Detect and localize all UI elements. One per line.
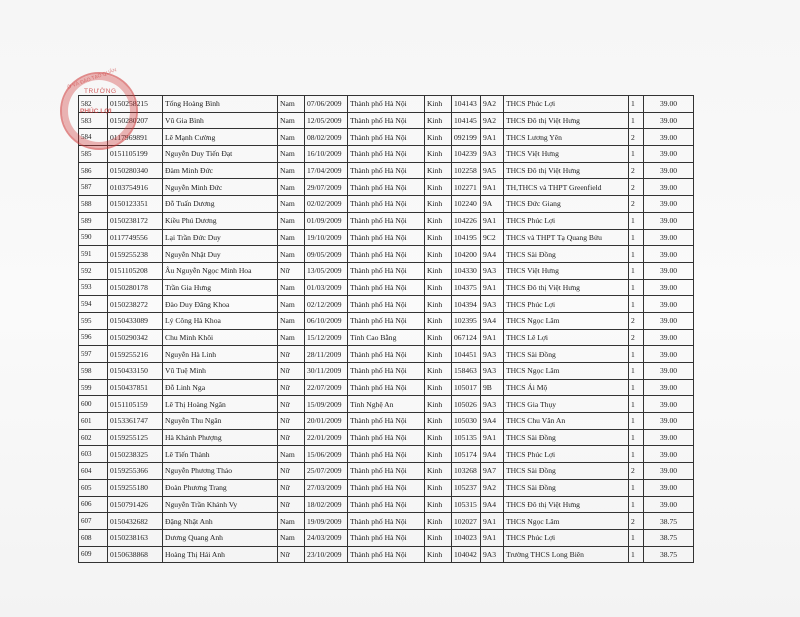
class-cell: 9A4 xyxy=(481,312,504,329)
ethnicity-cell: Kinh xyxy=(425,196,452,213)
preference-cell: 1 xyxy=(629,379,644,396)
table-row: 5890150238172Kiều Phú DươngNam01/09/2009… xyxy=(79,212,694,229)
student-id-cell: 0117749556 xyxy=(108,229,163,246)
exam-number-cell: 104200 xyxy=(452,246,481,263)
ethnicity-cell: Kinh xyxy=(425,312,452,329)
class-cell: 9A3 xyxy=(481,546,504,563)
preference-cell: 1 xyxy=(629,112,644,129)
score-cell: 39.00 xyxy=(644,196,694,213)
school-name-cell: THCS Chu Văn An xyxy=(504,413,629,430)
student-id-cell: 0159255216 xyxy=(108,346,163,363)
student-name-cell: Hà Khánh Phượng xyxy=(163,429,278,446)
ethnicity-cell: Kinh xyxy=(425,162,452,179)
date-of-birth-cell: 17/04/2009 xyxy=(305,162,348,179)
row-number-cell: 601 xyxy=(79,413,108,430)
student-id-cell: 0150258215 xyxy=(108,96,163,113)
student-name-cell: Nguyễn Duy Tiến Đạt xyxy=(163,146,278,163)
birthplace-cell: Thành phố Hà Nội xyxy=(348,479,425,496)
class-cell: 9A1 xyxy=(481,429,504,446)
class-cell: 9A1 xyxy=(481,529,504,546)
class-cell: 9A2 xyxy=(481,96,504,113)
class-cell: 9A2 xyxy=(481,112,504,129)
gender-cell: Nữ xyxy=(278,429,305,446)
row-number-cell: 609 xyxy=(79,546,108,563)
row-number-cell: 595 xyxy=(79,312,108,329)
class-cell: 9A xyxy=(481,196,504,213)
student-id-cell: 0150238325 xyxy=(108,446,163,463)
score-cell: 39.00 xyxy=(644,296,694,313)
ethnicity-cell: Kinh xyxy=(425,262,452,279)
preference-cell: 1 xyxy=(629,296,644,313)
birthplace-cell: Thành phố Hà Nội xyxy=(348,363,425,380)
date-of-birth-cell: 19/09/2009 xyxy=(305,513,348,530)
ethnicity-cell: Kinh xyxy=(425,546,452,563)
birthplace-cell: Thành phố Hà Nội xyxy=(348,429,425,446)
exam-number-cell: 104143 xyxy=(452,96,481,113)
preference-cell: 2 xyxy=(629,162,644,179)
student-name-cell: Lý Công Hà Khoa xyxy=(163,312,278,329)
table-row: 5930150280178Trần Gia HưngNam01/03/2009T… xyxy=(79,279,694,296)
student-id-cell: 0159255366 xyxy=(108,463,163,480)
stamp-title: TRƯỜNG xyxy=(84,88,117,95)
class-cell: 9A2 xyxy=(481,479,504,496)
gender-cell: Nữ xyxy=(278,396,305,413)
student-id-cell: 0150638868 xyxy=(108,546,163,563)
exam-number-cell: 158463 xyxy=(452,363,481,380)
preference-cell: 1 xyxy=(629,346,644,363)
score-cell: 39.00 xyxy=(644,379,694,396)
student-id-cell: 0151105159 xyxy=(108,396,163,413)
row-number-cell: 608 xyxy=(79,529,108,546)
class-cell: 9A5 xyxy=(481,162,504,179)
ethnicity-cell: Kinh xyxy=(425,329,452,346)
birthplace-cell: Thành phố Hà Nội xyxy=(348,146,425,163)
birthplace-cell: Thành phố Hà Nội xyxy=(348,529,425,546)
preference-cell: 1 xyxy=(629,529,644,546)
student-id-cell: 0150433150 xyxy=(108,363,163,380)
score-cell: 39.00 xyxy=(644,413,694,430)
row-number-cell: 586 xyxy=(79,162,108,179)
date-of-birth-cell: 20/01/2009 xyxy=(305,413,348,430)
preference-cell: 2 xyxy=(629,129,644,146)
student-id-cell: 0159255125 xyxy=(108,429,163,446)
table-row: 6030150238325Lê Tiến ThànhNam15/06/2009T… xyxy=(79,446,694,463)
student-name-cell: Lại Trần Đức Duy xyxy=(163,229,278,246)
student-id-cell: 0150432682 xyxy=(108,513,163,530)
exam-number-cell: 104023 xyxy=(452,529,481,546)
date-of-birth-cell: 01/09/2009 xyxy=(305,212,348,229)
school-name-cell: Trường THCS Long Biên xyxy=(504,546,629,563)
row-number-cell: 590 xyxy=(79,229,108,246)
preference-cell: 2 xyxy=(629,329,644,346)
preference-cell: 1 xyxy=(629,262,644,279)
preference-cell: 2 xyxy=(629,196,644,213)
score-cell: 39.00 xyxy=(644,463,694,480)
date-of-birth-cell: 24/03/2009 xyxy=(305,529,348,546)
score-cell: 39.00 xyxy=(644,346,694,363)
table-row: 5920151105208Âu Nguyễn Ngọc Minh HoaNữ13… xyxy=(79,262,694,279)
student-id-cell: 0151105208 xyxy=(108,262,163,279)
class-cell: 9A4 xyxy=(481,446,504,463)
table-row: 5940150238272Đào Duy Đăng KhoaNam02/12/2… xyxy=(79,296,694,313)
birthplace-cell: Thành phố Hà Nội xyxy=(348,379,425,396)
student-name-cell: Tống Hoàng Bình xyxy=(163,96,278,113)
row-number-cell: 599 xyxy=(79,379,108,396)
birthplace-cell: Thành phố Hà Nội xyxy=(348,112,425,129)
table-row: 5900117749556Lại Trần Đức DuyNam19/10/20… xyxy=(79,229,694,246)
school-name-cell: TH,THCS và THPT Greenfield xyxy=(504,179,629,196)
exam-number-cell: 102271 xyxy=(452,179,481,196)
exam-number-cell: 105237 xyxy=(452,479,481,496)
scanned-document-page: 5820150258215Tống Hoàng BìnhNam07/06/200… xyxy=(0,0,800,617)
school-name-cell: THCS Sài Đồng xyxy=(504,463,629,480)
student-name-cell: Nguyễn Phương Thảo xyxy=(163,463,278,480)
score-cell: 39.00 xyxy=(644,129,694,146)
gender-cell: Nam xyxy=(278,112,305,129)
school-name-cell: THCS Việt Hưng xyxy=(504,146,629,163)
birthplace-cell: Thành phố Hà Nội xyxy=(348,196,425,213)
birthplace-cell: Thành phố Hà Nội xyxy=(348,162,425,179)
exam-number-cell: 104226 xyxy=(452,212,481,229)
preference-cell: 2 xyxy=(629,463,644,480)
table-row: 5990150437851Đỗ Linh NgaNữ22/07/2009Thàn… xyxy=(79,379,694,396)
gender-cell: Nam xyxy=(278,296,305,313)
exam-number-cell: 092199 xyxy=(452,129,481,146)
date-of-birth-cell: 06/10/2009 xyxy=(305,312,348,329)
score-cell: 39.00 xyxy=(644,479,694,496)
student-id-cell: 0150238172 xyxy=(108,212,163,229)
row-number-cell: 587 xyxy=(79,179,108,196)
date-of-birth-cell: 01/03/2009 xyxy=(305,279,348,296)
birthplace-cell: Thành phố Hà Nội xyxy=(348,279,425,296)
student-name-cell: Đoàn Phương Trang xyxy=(163,479,278,496)
gender-cell: Nữ xyxy=(278,546,305,563)
student-id-cell: 0150791426 xyxy=(108,496,163,513)
gender-cell: Nam xyxy=(278,246,305,263)
score-cell: 39.00 xyxy=(644,112,694,129)
birthplace-cell: Thành phố Hà Nội xyxy=(348,246,425,263)
school-name-cell: THCS Ngọc Lâm xyxy=(504,312,629,329)
preference-cell: 1 xyxy=(629,413,644,430)
row-number-cell: 582 xyxy=(79,96,108,113)
school-name-cell: THCS Phúc Lợi xyxy=(504,96,629,113)
date-of-birth-cell: 25/07/2009 xyxy=(305,463,348,480)
preference-cell: 1 xyxy=(629,246,644,263)
gender-cell: Nam xyxy=(278,312,305,329)
birthplace-cell: Thành phố Hà Nội xyxy=(348,212,425,229)
preference-cell: 1 xyxy=(629,396,644,413)
exam-number-cell: 102395 xyxy=(452,312,481,329)
exam-number-cell: 102240 xyxy=(452,196,481,213)
table-row: 6090150638868Hoàng Thị Hải AnhNữ23/10/20… xyxy=(79,546,694,563)
birthplace-cell: Thành phố Hà Nội xyxy=(348,446,425,463)
student-name-cell: Chu Minh Khôi xyxy=(163,329,278,346)
score-cell: 38.75 xyxy=(644,513,694,530)
ethnicity-cell: Kinh xyxy=(425,496,452,513)
date-of-birth-cell: 08/02/2009 xyxy=(305,129,348,146)
preference-cell: 2 xyxy=(629,312,644,329)
table-row: 5840117969891Lê Mạnh CườngNam08/02/2009T… xyxy=(79,129,694,146)
class-cell: 9A3 xyxy=(481,346,504,363)
table-row: 5850151105199Nguyễn Duy Tiến ĐạtNam16/10… xyxy=(79,146,694,163)
school-name-cell: THCS Sài Đồng xyxy=(504,479,629,496)
school-name-cell: THCS Đô thị Việt Hưng xyxy=(504,112,629,129)
class-cell: 9A1 xyxy=(481,212,504,229)
row-number-cell: 583 xyxy=(79,112,108,129)
school-name-cell: THCS Gia Thụy xyxy=(504,396,629,413)
gender-cell: Nữ xyxy=(278,413,305,430)
score-cell: 39.00 xyxy=(644,363,694,380)
score-cell: 38.75 xyxy=(644,546,694,563)
preference-cell: 2 xyxy=(629,179,644,196)
score-cell: 39.00 xyxy=(644,429,694,446)
student-name-cell: Đào Duy Đăng Khoa xyxy=(163,296,278,313)
exam-number-cell: 105030 xyxy=(452,413,481,430)
ethnicity-cell: Kinh xyxy=(425,513,452,530)
gender-cell: Nam xyxy=(278,146,305,163)
row-number-cell: 589 xyxy=(79,212,108,229)
student-name-cell: Vũ Gia Bình xyxy=(163,112,278,129)
date-of-birth-cell: 12/05/2009 xyxy=(305,112,348,129)
table-row: 5880150123351Đỗ Tuấn DươngNam02/02/2009T… xyxy=(79,196,694,213)
ethnicity-cell: Kinh xyxy=(425,463,452,480)
birthplace-cell: Thành phố Hà Nội xyxy=(348,296,425,313)
ethnicity-cell: Kinh xyxy=(425,129,452,146)
student-name-cell: Đặng Nhật Anh xyxy=(163,513,278,530)
exam-number-cell: 105135 xyxy=(452,429,481,446)
exam-number-cell: 102027 xyxy=(452,513,481,530)
table-row: 5950150433089Lý Công Hà KhoaNam06/10/200… xyxy=(79,312,694,329)
score-cell: 39.00 xyxy=(644,396,694,413)
row-number-cell: 598 xyxy=(79,363,108,380)
exam-number-cell: 104145 xyxy=(452,112,481,129)
score-cell: 39.00 xyxy=(644,446,694,463)
student-id-cell: 0150280207 xyxy=(108,112,163,129)
row-number-cell: 593 xyxy=(79,279,108,296)
birthplace-cell: Thành phố Hà Nội xyxy=(348,346,425,363)
ethnicity-cell: Kinh xyxy=(425,96,452,113)
table-row: 5960150290342Chu Minh KhôiNam15/12/2009T… xyxy=(79,329,694,346)
gender-cell: Nữ xyxy=(278,496,305,513)
birthplace-cell: Thành phố Hà Nội xyxy=(348,496,425,513)
ethnicity-cell: Kinh xyxy=(425,212,452,229)
row-number-cell: 604 xyxy=(79,463,108,480)
class-cell: 9B xyxy=(481,379,504,396)
birthplace-cell: Thành phố Hà Nội xyxy=(348,179,425,196)
class-cell: 9A1 xyxy=(481,129,504,146)
student-name-cell: Lê Thị Hoàng Ngân xyxy=(163,396,278,413)
student-id-cell: 0150290342 xyxy=(108,329,163,346)
birthplace-cell: Thành phố Hà Nội xyxy=(348,96,425,113)
score-cell: 39.00 xyxy=(644,212,694,229)
gender-cell: Nam xyxy=(278,529,305,546)
row-number-cell: 602 xyxy=(79,429,108,446)
birthplace-cell: Thành phố Hà Nội xyxy=(348,312,425,329)
school-name-cell: THCS Ái Mộ xyxy=(504,379,629,396)
exam-number-cell: 105017 xyxy=(452,379,481,396)
date-of-birth-cell: 09/05/2009 xyxy=(305,246,348,263)
class-cell: 9A1 xyxy=(481,279,504,296)
student-name-cell: Kiều Phú Dương xyxy=(163,212,278,229)
score-cell: 39.00 xyxy=(644,312,694,329)
gender-cell: Nam xyxy=(278,196,305,213)
school-name-cell: THCS Phúc Lợi xyxy=(504,296,629,313)
row-number-cell: 584 xyxy=(79,129,108,146)
student-id-cell: 0151105199 xyxy=(108,146,163,163)
exam-number-cell: 104330 xyxy=(452,262,481,279)
row-number-cell: 592 xyxy=(79,262,108,279)
gender-cell: Nam xyxy=(278,179,305,196)
ethnicity-cell: Kinh xyxy=(425,479,452,496)
gender-cell: Nam xyxy=(278,162,305,179)
class-cell: 9C2 xyxy=(481,229,504,246)
score-cell: 39.00 xyxy=(644,262,694,279)
school-name-cell: THCS Lê Lợi xyxy=(504,329,629,346)
student-id-cell: 0159255180 xyxy=(108,479,163,496)
date-of-birth-cell: 07/06/2009 xyxy=(305,96,348,113)
birthplace-cell: Thành phố Hà Nội xyxy=(348,262,425,279)
date-of-birth-cell: 19/10/2009 xyxy=(305,229,348,246)
exam-number-cell: 105174 xyxy=(452,446,481,463)
row-number-cell: 607 xyxy=(79,513,108,530)
school-name-cell: THCS Phúc Lợi xyxy=(504,529,629,546)
date-of-birth-cell: 16/10/2009 xyxy=(305,146,348,163)
date-of-birth-cell: 27/03/2009 xyxy=(305,479,348,496)
exam-number-cell: 103268 xyxy=(452,463,481,480)
date-of-birth-cell: 15/09/2009 xyxy=(305,396,348,413)
gender-cell: Nam xyxy=(278,279,305,296)
student-name-cell: Âu Nguyễn Ngọc Minh Hoa xyxy=(163,262,278,279)
date-of-birth-cell: 15/12/2009 xyxy=(305,329,348,346)
ethnicity-cell: Kinh xyxy=(425,146,452,163)
score-cell: 38.75 xyxy=(644,529,694,546)
school-name-cell: THCS Đô thị Việt Hưng xyxy=(504,162,629,179)
table-row: 6050159255180Đoàn Phương TrangNữ27/03/20… xyxy=(79,479,694,496)
gender-cell: Nam xyxy=(278,229,305,246)
student-name-cell: Hoàng Thị Hải Anh xyxy=(163,546,278,563)
class-cell: 9A3 xyxy=(481,396,504,413)
table-row: 5820150258215Tống Hoàng BìnhNam07/06/200… xyxy=(79,96,694,113)
row-number-cell: 606 xyxy=(79,496,108,513)
row-number-cell: 596 xyxy=(79,329,108,346)
student-id-cell: 0159255238 xyxy=(108,246,163,263)
score-cell: 39.00 xyxy=(644,179,694,196)
table-row: 5860150280340Đàm Minh ĐứcNam17/04/2009Th… xyxy=(79,162,694,179)
row-number-cell: 591 xyxy=(79,246,108,263)
student-name-cell: Đỗ Linh Nga xyxy=(163,379,278,396)
class-cell: 9A3 xyxy=(481,146,504,163)
ethnicity-cell: Kinh xyxy=(425,413,452,430)
date-of-birth-cell: 02/12/2009 xyxy=(305,296,348,313)
row-number-cell: 603 xyxy=(79,446,108,463)
student-name-cell: Nguyễn Nhật Duy xyxy=(163,246,278,263)
table-row: 6040159255366Nguyễn Phương ThảoNữ25/07/2… xyxy=(79,463,694,480)
row-number-cell: 585 xyxy=(79,146,108,163)
ethnicity-cell: Kinh xyxy=(425,446,452,463)
table-body: 5820150258215Tống Hoàng BìnhNam07/06/200… xyxy=(79,96,694,563)
birthplace-cell: Thành phố Hà Nội xyxy=(348,513,425,530)
student-name-cell: Đàm Minh Đức xyxy=(163,162,278,179)
gender-cell: Nam xyxy=(278,96,305,113)
date-of-birth-cell: 23/10/2009 xyxy=(305,546,348,563)
student-id-cell: 0150433089 xyxy=(108,312,163,329)
date-of-birth-cell: 13/05/2009 xyxy=(305,262,348,279)
table-row: 6080150238163Dương Quang AnhNam24/03/200… xyxy=(79,529,694,546)
ethnicity-cell: Kinh xyxy=(425,179,452,196)
ethnicity-cell: Kinh xyxy=(425,279,452,296)
student-name-cell: Nguyễn Thu Ngân xyxy=(163,413,278,430)
preference-cell: 1 xyxy=(629,429,644,446)
preference-cell: 1 xyxy=(629,279,644,296)
exam-number-cell: 104394 xyxy=(452,296,481,313)
class-cell: 9A4 xyxy=(481,246,504,263)
student-name-cell: Nguyễn Hà Linh xyxy=(163,346,278,363)
birthplace-cell: Thành phố Hà Nội xyxy=(348,129,425,146)
student-id-cell: 0150437851 xyxy=(108,379,163,396)
school-name-cell: THCS và THPT Tạ Quang Bửu xyxy=(504,229,629,246)
class-cell: 9A7 xyxy=(481,463,504,480)
table-row: 6000151105159Lê Thị Hoàng NgânNữ15/09/20… xyxy=(79,396,694,413)
ethnicity-cell: Kinh xyxy=(425,379,452,396)
gender-cell: Nữ xyxy=(278,463,305,480)
score-cell: 39.00 xyxy=(644,146,694,163)
preference-cell: 1 xyxy=(629,146,644,163)
birthplace-cell: Thành phố Hà Nội xyxy=(348,463,425,480)
score-cell: 39.00 xyxy=(644,162,694,179)
class-cell: 9A3 xyxy=(481,296,504,313)
ethnicity-cell: Kinh xyxy=(425,296,452,313)
score-cell: 39.00 xyxy=(644,329,694,346)
ethnicity-cell: Kinh xyxy=(425,346,452,363)
school-name-cell: THCS Sài Đồng xyxy=(504,429,629,446)
student-name-cell: Nguyễn Trần Khánh Vy xyxy=(163,496,278,513)
class-cell: 9A4 xyxy=(481,496,504,513)
table-row: 6060150791426Nguyễn Trần Khánh VyNữ18/02… xyxy=(79,496,694,513)
date-of-birth-cell: 29/07/2009 xyxy=(305,179,348,196)
exam-number-cell: 104375 xyxy=(452,279,481,296)
student-id-cell: 0117969891 xyxy=(108,129,163,146)
gender-cell: Nam xyxy=(278,212,305,229)
date-of-birth-cell: 22/01/2009 xyxy=(305,429,348,446)
school-name-cell: THCS Sài Đồng xyxy=(504,246,629,263)
exam-number-cell: 104239 xyxy=(452,146,481,163)
date-of-birth-cell: 22/07/2009 xyxy=(305,379,348,396)
gender-cell: Nữ xyxy=(278,379,305,396)
row-number-cell: 605 xyxy=(79,479,108,496)
exam-number-cell: 105026 xyxy=(452,396,481,413)
birthplace-cell: Thành phố Hà Nội xyxy=(348,413,425,430)
exam-number-cell: 104451 xyxy=(452,346,481,363)
student-id-cell: 0150238163 xyxy=(108,529,163,546)
ethnicity-cell: Kinh xyxy=(425,363,452,380)
row-number-cell: 597 xyxy=(79,346,108,363)
score-cell: 39.00 xyxy=(644,96,694,113)
student-id-cell: 0153361747 xyxy=(108,413,163,430)
birthplace-cell: Tỉnh Nghệ An xyxy=(348,396,425,413)
student-name-cell: Vũ Tuệ Minh xyxy=(163,363,278,380)
exam-number-cell: 105315 xyxy=(452,496,481,513)
table-row: 5830150280207Vũ Gia BìnhNam12/05/2009Thà… xyxy=(79,112,694,129)
school-name-cell: THCS Phúc Lợi xyxy=(504,446,629,463)
student-name-cell: Lê Mạnh Cường xyxy=(163,129,278,146)
birthplace-cell: Tỉnh Cao Bằng xyxy=(348,329,425,346)
preference-cell: 1 xyxy=(629,546,644,563)
preference-cell: 1 xyxy=(629,446,644,463)
date-of-birth-cell: 28/11/2009 xyxy=(305,346,348,363)
school-name-cell: THCS Ngọc Lâm xyxy=(504,363,629,380)
student-id-cell: 0150280340 xyxy=(108,162,163,179)
gender-cell: Nữ xyxy=(278,262,305,279)
